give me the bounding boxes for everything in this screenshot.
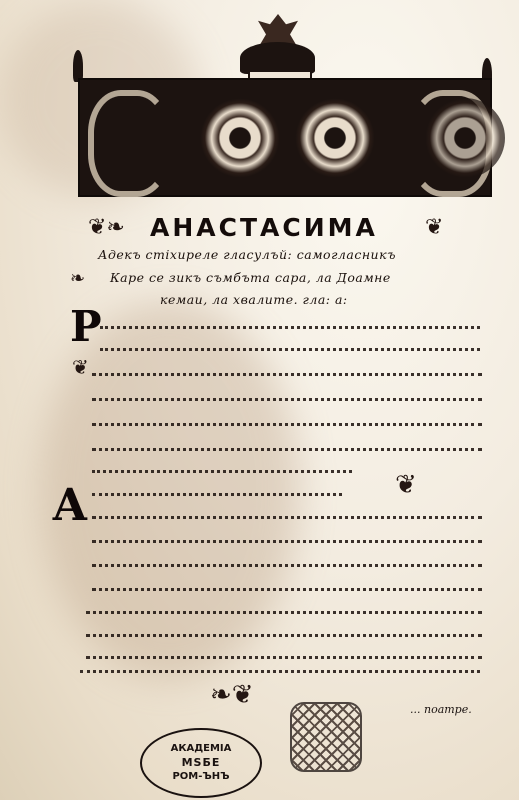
drop-initial: Р — [70, 302, 102, 351]
page-title: АНАСТАСИМА — [150, 213, 378, 242]
subheading-line: Адекъ стіхиреле гласулъй: самогласникъ — [98, 247, 396, 262]
tailpiece-flourish-icon: ❧❦ — [210, 680, 254, 710]
body-line — [92, 462, 352, 473]
body-line — [92, 365, 482, 376]
rosette-icon — [200, 98, 280, 178]
drop-initial: А — [52, 480, 88, 531]
body-line — [80, 662, 480, 673]
rosette-icon — [295, 98, 375, 178]
line-end-flourish-icon: ❦ — [395, 470, 417, 500]
body-line — [100, 318, 480, 329]
subheading-line: кемаи, ла хвалите. гла: а: — [160, 292, 348, 307]
initial-flourish-icon: ❦ — [72, 355, 89, 379]
body-line — [100, 340, 480, 351]
crossed-keys-seal-icon — [290, 702, 362, 772]
body-line — [92, 532, 482, 543]
body-line — [86, 626, 482, 637]
body-line — [92, 556, 482, 567]
title-ornament-left-icon: ❦❧ — [88, 215, 125, 240]
body-line — [92, 390, 482, 401]
title-ornament-right-icon: ❦ — [425, 215, 443, 240]
body-line — [86, 648, 482, 659]
academy-library-stamp: АКАДЕМІА МSБЕ РОМ-ЪНЪ — [140, 728, 262, 798]
rosette-icon — [425, 98, 505, 178]
body-line — [92, 485, 342, 496]
body-line — [92, 415, 482, 426]
body-line — [92, 508, 482, 519]
stamp-line: РОМ-ЪНЪ — [172, 770, 229, 784]
decorative-headpiece — [78, 78, 492, 197]
crown-ornament-icon — [230, 14, 325, 84]
margin-ornament-icon: ❧ — [70, 268, 85, 289]
stamp-line: МSБЕ — [182, 756, 221, 770]
stamp-line: АКАДЕМІА — [171, 742, 232, 756]
body-line — [86, 603, 482, 614]
body-line — [92, 440, 482, 451]
subheading-line: Каре се зикъ съмбъта сара, ла Доамне — [110, 270, 391, 285]
body-line — [92, 580, 482, 591]
catchword: ... поатре. — [410, 703, 472, 716]
